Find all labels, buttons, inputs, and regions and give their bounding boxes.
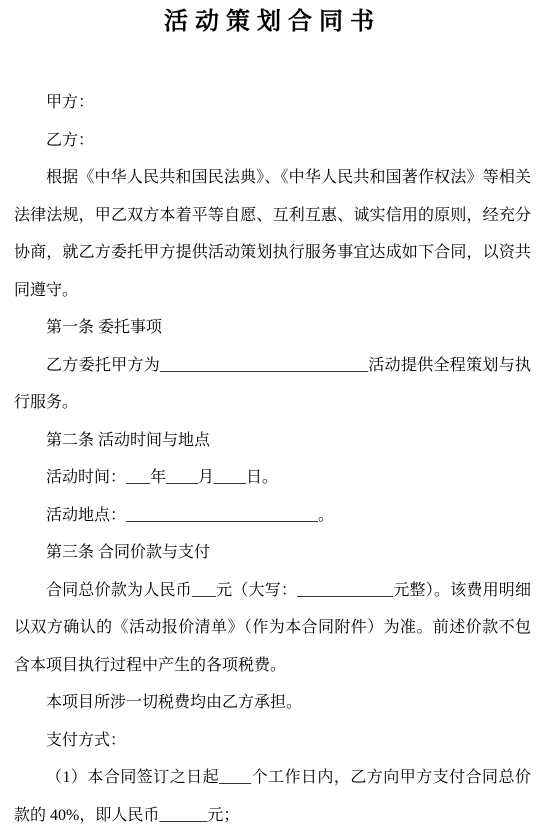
activity-time-line: 活动时间：___年____月____日。 — [14, 459, 531, 497]
contract-page: 活动策划合同书 甲方： 乙方： 根据《中华人民共和国民法典》、《中华人民共和国著… — [0, 0, 545, 827]
section-3-heading: 第三条 合同价款与支付 — [14, 534, 531, 572]
preamble-paragraph: 根据《中华人民共和国民法典》、《中华人民共和国著作权法》等相关法律法规，甲乙双方… — [14, 159, 531, 309]
document-title: 活动策划合同书 — [0, 0, 545, 39]
section-2-heading: 第二条 活动时间与地点 — [14, 422, 531, 460]
party-b-line: 乙方： — [14, 122, 531, 160]
party-a-line: 甲方： — [14, 84, 531, 122]
section-1-heading: 第一条 委托事项 — [14, 309, 531, 347]
activity-place-line: 活动地点：________________________。 — [14, 497, 531, 535]
payment-method-label: 支付方式： — [14, 722, 531, 760]
section-1-body: 乙方委托甲方为__________________________活动提供全程策… — [14, 347, 531, 422]
section-3-body: 合同总价款为人民币___元（大写：____________元整）。该费用明细以双… — [14, 572, 531, 685]
payment-term-1: （1）本合同签订之日起____个工作日内，乙方向甲方支付合同总价款的 40%，即… — [14, 759, 531, 827]
document-body: 甲方： 乙方： 根据《中华人民共和国民法典》、《中华人民共和国著作权法》等相关法… — [0, 84, 545, 827]
tax-clause: 本项目所涉一切税费均由乙方承担。 — [14, 684, 531, 722]
